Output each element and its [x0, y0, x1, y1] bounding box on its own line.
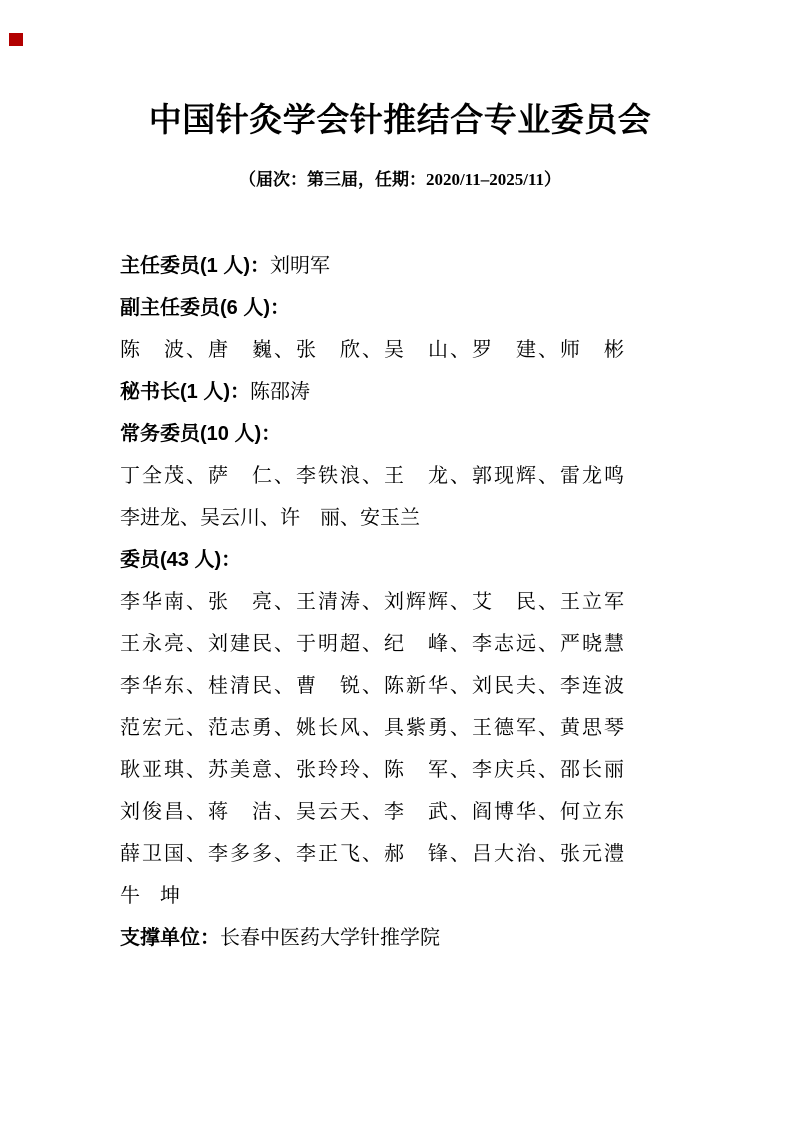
- members-names-line: 牛 坤: [120, 875, 624, 917]
- section-chairman-label: 主任委员(1 人)：: [120, 255, 270, 277]
- section-secretary-general-value: 陈邵涛: [250, 381, 310, 403]
- section-secretary-general: 秘书长(1 人)：陈邵涛: [120, 371, 624, 413]
- section-supporting-unit: 支撑单位：长春中医药大学针推学院: [120, 917, 624, 959]
- members-names-line: 范宏元、范志勇、姚长风、具紫勇、王德军、黄思琴: [120, 707, 624, 749]
- section-chairman-value: 刘明军: [270, 255, 330, 277]
- members-names-line: 薛卫国、李多多、李正飞、郝 锋、吕大治、张元澧: [120, 833, 624, 875]
- page-subtitle: （届次：第三届，任期：2020/11–2025/11）: [0, 165, 800, 195]
- section-vice-chairmen-label: 副主任委员(6 人)：: [120, 297, 290, 319]
- red-square-mark: [9, 33, 23, 46]
- section-members: 委员(43 人)：: [120, 539, 624, 581]
- section-vice-chairmen: 副主任委员(6 人)：: [120, 287, 624, 329]
- member-list: 主任委员(1 人)：刘明军 副主任委员(6 人)： 陈 波、唐 巍、张 欣、吴 …: [120, 245, 624, 959]
- section-secretary-general-label: 秘书长(1 人)：: [120, 381, 250, 403]
- standing-members-names-line: 丁全茂、萨 仁、李铁浪、王 龙、郭现辉、雷龙鸣: [120, 455, 624, 497]
- section-standing-members-label: 常务委员(10 人)：: [120, 423, 281, 445]
- section-members-label: 委员(43 人)：: [120, 549, 241, 571]
- committee-document: 中国针灸学会针推结合专业委员会 （届次：第三届，任期：2020/11–2025/…: [0, 95, 800, 959]
- section-supporting-unit-value: 长春中医药大学针推学院: [220, 927, 440, 949]
- page-title: 中国针灸学会针推结合专业委员会: [0, 95, 800, 147]
- vice-chairmen-names-line: 陈 波、唐 巍、张 欣、吴 山、罗 建、师 彬: [120, 329, 624, 371]
- members-names-line: 刘俊昌、蒋 洁、吴云天、李 武、阎博华、何立东: [120, 791, 624, 833]
- section-chairman: 主任委员(1 人)：刘明军: [120, 245, 624, 287]
- members-names-line: 李华东、桂清民、曹 锐、陈新华、刘民夫、李连波: [120, 665, 624, 707]
- standing-members-names-line: 李进龙、吴云川、许 丽、安玉兰: [120, 497, 624, 539]
- members-names-line: 耿亚琪、苏美意、张玲玲、陈 军、李庆兵、邵长丽: [120, 749, 624, 791]
- section-supporting-unit-label: 支撑单位：: [120, 927, 220, 949]
- members-names-line: 李华南、张 亮、王清涛、刘辉辉、艾 民、王立军: [120, 581, 624, 623]
- section-standing-members: 常务委员(10 人)：: [120, 413, 624, 455]
- members-names-line: 王永亮、刘建民、于明超、纪 峰、李志远、严晓慧: [120, 623, 624, 665]
